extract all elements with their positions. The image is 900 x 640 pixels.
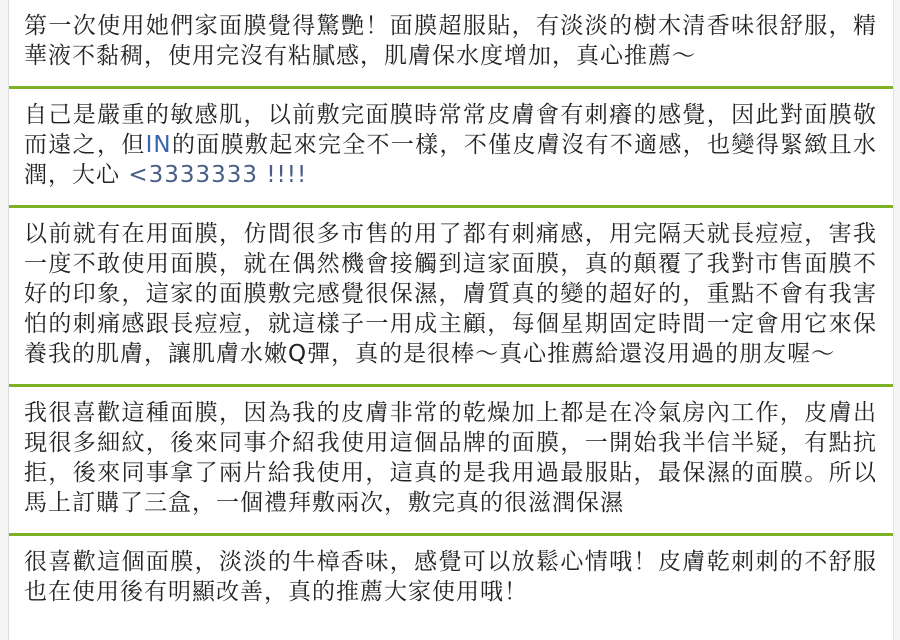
review-page: 第一次使用她們家面膜覺得驚艷！面膜超服貼，有淡淡的樹木清香味很舒服，精華液不黏稠…	[8, 0, 894, 640]
review-text: 很喜歡這個面膜，淡淡的牛樟香味，感覺可以放鬆心情哦！皮膚乾刺刺的不舒服也在使用後…	[24, 549, 877, 605]
review-item-2: 自己是嚴重的敏感肌，以前敷完面膜時常常皮膚會有刺癢的感覺，因此對面膜敬而遠之，但…	[9, 89, 893, 205]
heart-emoticon-text: <3333333 !!!!	[128, 162, 307, 188]
review-item-4: 我很喜歡這種面膜，因為我的皮膚非常的乾燥加上都是在冷氣房內工作，皮膚出現很多細紋…	[9, 387, 893, 533]
review-text: 我很喜歡這種面膜，因為我的皮膚非常的乾燥加上都是在冷氣房內工作，皮膚出現很多細紋…	[24, 400, 877, 516]
brand-name-link[interactable]: IN	[146, 132, 172, 158]
review-item-5: 很喜歡這個面膜，淡淡的牛樟香味，感覺可以放鬆心情哦！皮膚乾刺刺的不舒服也在使用後…	[9, 536, 893, 622]
review-item-3: 以前就有在用面膜，仿間很多市售的用了都有刺痛感，用完隔天就長痘痘，害我一度不敢使…	[9, 208, 893, 384]
review-item-1: 第一次使用她們家面膜覺得驚艷！面膜超服貼，有淡淡的樹木清香味很舒服，精華液不黏稠…	[9, 0, 893, 86]
review-text: 以前就有在用面膜，仿間很多市售的用了都有刺痛感，用完隔天就長痘痘，害我一度不敢使…	[24, 221, 877, 367]
review-text: 第一次使用她們家面膜覺得驚艷！面膜超服貼，有淡淡的樹木清香味很舒服，精華液不黏稠…	[24, 13, 877, 69]
